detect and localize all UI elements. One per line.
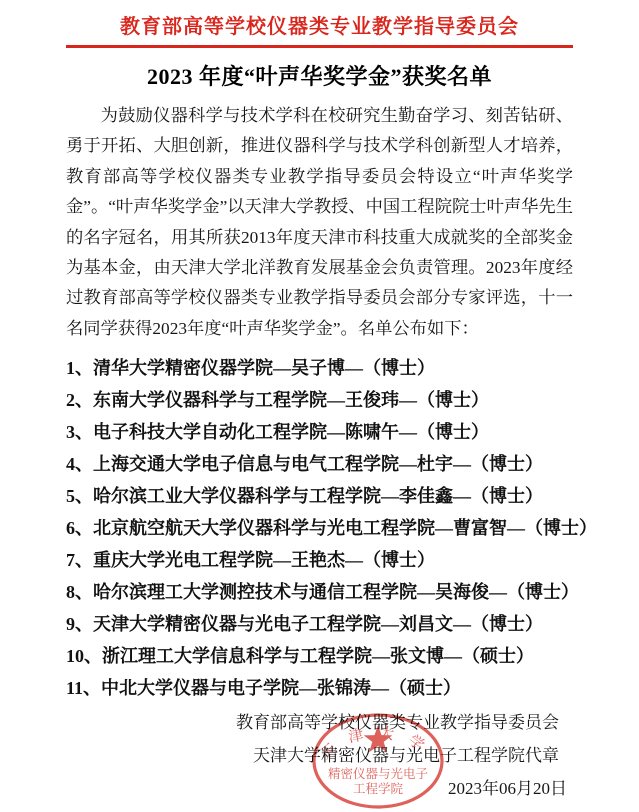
award-list-item: 10、浙江理工大学信息科学与工程学院—张文博—（硕士）: [66, 640, 573, 672]
award-list-item: 7、重庆大学光电工程学院—王艳杰—（博士）: [66, 544, 573, 576]
award-list-item: 9、天津大学精密仪器与光电子工程学院—刘昌文—（博士）: [66, 608, 573, 640]
document-title: 2023 年度“叶声华奖学金”获奖名单: [0, 60, 639, 91]
signature-agent-line: 天津大学精密仪器与光电子工程学院代章: [66, 739, 573, 772]
org-header-title: 教育部高等学校仪器类专业教学指导委员会: [0, 0, 639, 39]
signature-block: 教育部高等学校仪器类专业教学指导委员会 天津大学精密仪器与光电子工程学院代章 2…: [66, 706, 573, 805]
award-list-item: 5、哈尔滨工业大学仪器科学与工程学院—李佳鑫—（博士）: [66, 480, 573, 512]
award-list-item: 3、电子科技大学自动化工程学院—陈啸午—（博士）: [66, 416, 573, 448]
award-list-item: 6、北京航空航天大学仪器科学与光电工程学院—曹富智—（博士）: [66, 512, 573, 544]
award-list-item: 2、东南大学仪器科学与工程学院—王俊玮—（博士）: [66, 384, 573, 416]
intro-paragraph: 为鼓励仪器科学与技术学科在校研究生勤奋学习、刻苦钻研、勇于开拓、大胆创新，推进仪…: [66, 101, 573, 344]
award-list-item: 1、清华大学精密仪器学院—吴子博—（博士）: [66, 352, 573, 384]
signature-date: 2023年06月20日: [66, 772, 573, 805]
award-list-item: 4、上海交通大学电子信息与电气工程学院—杜宇—（博士）: [66, 448, 573, 480]
header-rule: [66, 45, 573, 48]
signature-org-line: 教育部高等学校仪器类专业教学指导委员会: [66, 706, 573, 739]
document-page: 教育部高等学校仪器类专业教学指导委员会 2023 年度“叶声华奖学金”获奖名单 …: [0, 0, 639, 812]
award-list-item: 8、哈尔滨理工大学测控技术与通信工程学院—吴海俊—（博士）: [66, 576, 573, 608]
award-list-item: 11、中北大学仪器与电子学院—张锦涛—（硕士）: [66, 672, 573, 704]
award-list: 1、清华大学精密仪器学院—吴子博—（博士） 2、东南大学仪器科学与工程学院—王俊…: [66, 352, 573, 704]
